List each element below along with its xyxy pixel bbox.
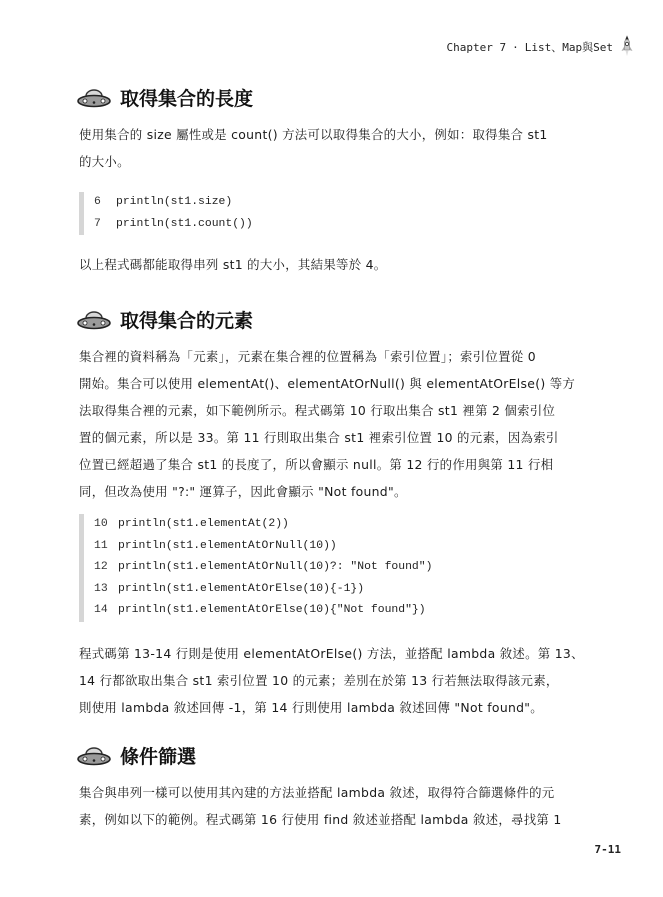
line-number: 12 xyxy=(94,557,118,579)
code-line: 12println(st1.elementAtOrNull(10)?: "Not… xyxy=(94,557,432,579)
section-heading-text: 取得集合的元素 xyxy=(120,306,253,333)
paragraph-line: 法取得集合裡的元素，如下範例所示。程式碼第 10 行取出集合 st1 裡第 2 … xyxy=(79,397,594,424)
paragraph-line: 位置已經超過了集合 st1 的長度了，所以會顯示 null。第 12 行的作用與… xyxy=(79,451,594,478)
paragraph-line: 則使用 lambda 敘述回傳 -1，第 14 行則使用 lambda 敘述回傳… xyxy=(79,694,594,721)
paragraph-line: 素，例如以下的範例。程式碼第 16 行使用 find 敘述並搭配 lambda … xyxy=(79,806,594,833)
code-block-elements: 10println(st1.elementAt(2)) 11println(st… xyxy=(79,514,432,622)
rocket-icon xyxy=(619,35,635,59)
chapter-label: Chapter 7 xyxy=(447,41,507,54)
code-text: println(st1.elementAtOrNull(10)) xyxy=(118,540,337,552)
section-heading-text: 取得集合的長度 xyxy=(120,84,253,111)
page-number: 7-11 xyxy=(595,843,622,856)
code-line: 14println(st1.elementAtOrElse(10){"Not f… xyxy=(94,600,432,622)
code-line: 11println(st1.elementAtOrNull(10)) xyxy=(94,536,432,558)
paragraph-line: 集合與串列一樣可以使用其內建的方法並搭配 lambda 敘述，取得符合篩選條件的… xyxy=(79,779,594,806)
line-number: 13 xyxy=(94,579,118,601)
paragraph-line: 開始。集合可以使用 elementAt()、elementAtOrNull() … xyxy=(79,370,594,397)
code-text: println(st1.size) xyxy=(116,196,232,208)
line-number: 11 xyxy=(94,536,118,558)
ufo-icon xyxy=(76,745,112,767)
code-line: 6println(st1.size) xyxy=(94,192,253,214)
code-block-length: 6println(st1.size) 7println(st1.count()) xyxy=(79,192,253,235)
paragraph-line: 同，但改為使用 "?:" 運算子，因此會顯示 "Not found"。 xyxy=(79,478,594,505)
paragraph-line: 使用集合的 size 屬性或是 count() 方法可以取得集合的大小，例如：取… xyxy=(79,121,594,148)
paragraph-filter-intro: 集合與串列一樣可以使用其內建的方法並搭配 lambda 敘述，取得符合篩選條件的… xyxy=(79,779,594,833)
paragraph-line: 置的個元素，所以是 33。第 11 行則取出集合 st1 裡索引位置 10 的元… xyxy=(79,424,594,451)
running-header: Chapter 7 · List、Map與Set xyxy=(447,36,635,58)
paragraph-elements-explanation: 程式碼第 13-14 行則是使用 elementAtOrElse() 方法，並搭… xyxy=(79,640,594,721)
line-number: 7 xyxy=(94,214,116,236)
chapter-title: List、Map與Set xyxy=(525,39,613,55)
code-line: 10println(st1.elementAt(2)) xyxy=(94,514,432,536)
paragraph-length-result: 以上程式碼都能取得串列 st1 的大小，其結果等於 4。 xyxy=(79,251,594,278)
code-text: println(st1.count()) xyxy=(116,218,253,230)
ufo-icon xyxy=(76,309,112,331)
code-line: 7println(st1.count()) xyxy=(94,214,253,236)
section-heading-text: 條件篩選 xyxy=(120,742,196,769)
section-heading-length: 取得集合的長度 xyxy=(76,84,253,111)
paragraph-line: 的大小。 xyxy=(79,148,594,175)
section-heading-filter: 條件篩選 xyxy=(76,742,196,769)
line-number: 10 xyxy=(94,514,118,536)
code-text: println(st1.elementAtOrNull(10)?: "Not f… xyxy=(118,561,432,573)
ufo-icon xyxy=(76,87,112,109)
line-number: 14 xyxy=(94,600,118,622)
header-separator: · xyxy=(512,41,519,54)
paragraph-line: 程式碼第 13-14 行則是使用 elementAtOrElse() 方法，並搭… xyxy=(79,640,594,667)
code-line: 13println(st1.elementAtOrElse(10){-1}) xyxy=(94,579,432,601)
paragraph-line: 集合裡的資料稱為「元素」，元素在集合裡的位置稱為「索引位置」；索引位置從 0 xyxy=(79,343,594,370)
section-heading-elements: 取得集合的元素 xyxy=(76,306,253,333)
paragraph-length-intro: 使用集合的 size 屬性或是 count() 方法可以取得集合的大小，例如：取… xyxy=(79,121,594,175)
code-text: println(st1.elementAtOrElse(10){"Not fou… xyxy=(118,604,426,616)
paragraph-line: 14 行都欲取出集合 st1 索引位置 10 的元素；差別在於第 13 行若無法… xyxy=(79,667,594,694)
code-text: println(st1.elementAtOrElse(10){-1}) xyxy=(118,583,364,595)
line-number: 6 xyxy=(94,192,116,214)
code-text: println(st1.elementAt(2)) xyxy=(118,518,289,530)
paragraph-elements-intro: 集合裡的資料稱為「元素」，元素在集合裡的位置稱為「索引位置」；索引位置從 0 開… xyxy=(79,343,594,505)
